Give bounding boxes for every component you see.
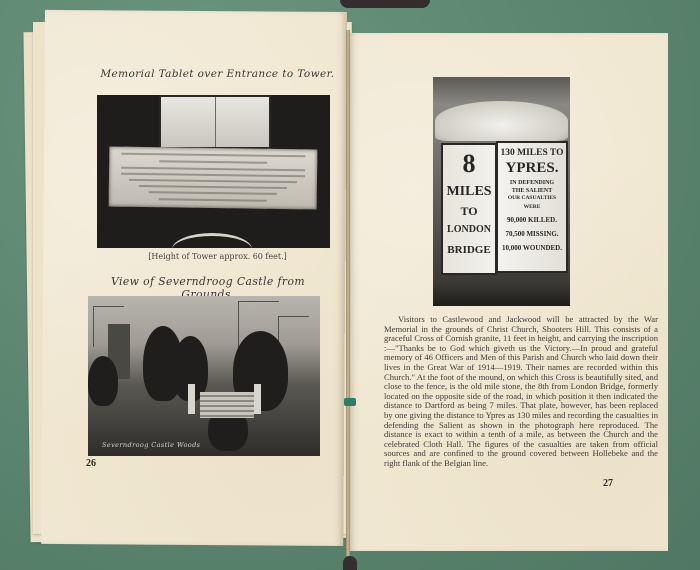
tablet-relief (159, 95, 271, 149)
milestone-right-face: 130 MILES TO YPRES. IN DEFENDING THE SAL… (496, 141, 568, 273)
article-text: Visitors to Castlewood and Jackwood will… (384, 315, 658, 469)
page-number-right: 27 (603, 478, 613, 489)
caption-tower-height: [Height of Tower approx. 60 feet.] (95, 252, 340, 261)
doorway-arch (172, 233, 252, 248)
milestone-top (435, 101, 568, 141)
photo-severndroog-castle: Severndroog Castle Woods (88, 296, 320, 456)
photo-inscription: Severndroog Castle Woods (102, 441, 200, 449)
photo-milestone: 8 MILES TO LONDON BRIDGE 130 MILES TO YP… (433, 77, 570, 306)
milestone-left-face: 8 MILES TO LONDON BRIDGE (441, 143, 497, 275)
garden-steps (200, 392, 254, 418)
cover-stain (340, 0, 430, 8)
cover-stain (343, 556, 357, 570)
caption-memorial-tablet: Memorial Tablet over Entrance to Tower. (85, 68, 350, 80)
binding-thread (344, 398, 356, 406)
tablet-inscription (109, 147, 318, 210)
photo-memorial-tablet (97, 95, 330, 248)
book-gutter (346, 30, 350, 556)
page-number-left: 26 (86, 458, 96, 469)
